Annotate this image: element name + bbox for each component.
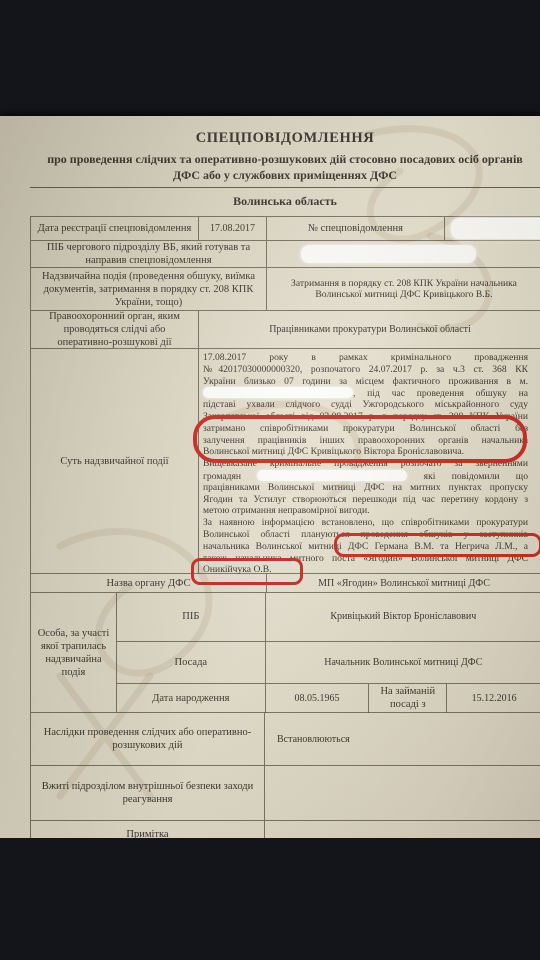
field-label-reg-date: Дата реєстрації спецповідомлення — [31, 217, 198, 240]
row-reg-date: Дата реєстрації спецповідомлення 17.08.2… — [31, 216, 540, 240]
field-value-birth-date: 08.05.1965 — [265, 684, 369, 713]
field-label-position: Посада — [117, 642, 265, 683]
paragraph-line: начальника Волинської митниці ДФС Герман… — [203, 541, 528, 553]
field-label-duty-officer: ПІБ чергового підрозділу ВБ, який готува… — [31, 241, 266, 267]
redaction-box — [451, 218, 540, 239]
row-essence: Суть надзвичайної події 17.08.2017 року … — [31, 348, 540, 573]
bottom-black-bar — [0, 838, 540, 960]
field-value-note — [264, 821, 540, 838]
row-person-position: Посада Начальник Волинської митниці ДФС — [117, 641, 540, 683]
field-value-spec-number — [444, 217, 540, 240]
row-note: Примітка — [31, 820, 540, 838]
paragraph-line: підставі ухвали слідчого судді Ужгородсь… — [203, 399, 528, 411]
field-value-event: Затримання в порядку ст. 208 КПК України… — [266, 268, 540, 310]
paragraph-line: 17.08.2017 року в рамках кримінального п… — [203, 352, 528, 364]
field-label-person: Особа, за участі якої трапилась надзвича… — [31, 593, 116, 712]
field-label-law-enforcement: Правоохоронний орган, яким проводяться с… — [31, 311, 198, 348]
paragraph-line: Волинської області плануються проведення… — [203, 529, 528, 541]
paragraph-line: метою отримання неправомірної вигоди. — [203, 505, 528, 517]
paragraph-line: працівниками Волинської митниці ДФС на м… — [203, 482, 528, 494]
field-value-law-enforcement: Працівниками прокуратури Волинської обла… — [198, 311, 540, 348]
field-value-position: Начальник Волинської митниці ДФС — [265, 642, 540, 683]
paragraph-line: Ягодин та Устилуг створюються перешкоди … — [203, 494, 528, 506]
field-label-dfs-unit: Назва органу ДФС — [31, 574, 266, 592]
field-value-duty-officer — [266, 241, 540, 267]
paragraph-line: Волинської митниці ДФС Кривіцького Вікто… — [203, 446, 528, 458]
field-label-birth-date: Дата народження — [117, 684, 265, 713]
field-label-measures: Вжиті підрозділом внутрішньої безпеки за… — [31, 766, 264, 820]
document-header: СПЕЦПОВІДОМЛЕННЯ про проведення слідчих … — [30, 116, 540, 183]
field-label-spec-number: № спецповідомлення — [266, 217, 444, 240]
paragraph-line: Вищевказане кримінальне провадження розп… — [203, 458, 528, 470]
document-table: Дата реєстрації спецповідомлення 17.08.2… — [30, 216, 540, 838]
paragraph-line: залучення працівників інших правоохоронн… — [203, 435, 528, 447]
top-black-bar — [0, 0, 540, 116]
field-value-pib: Кривіцький Віктор Броніславович — [265, 593, 540, 641]
row-measures: Вжиті підрозділом внутрішньої безпеки за… — [31, 765, 540, 820]
document-photo: СПЕЦПОВІДОМЛЕННЯ про проведення слідчих … — [0, 116, 540, 838]
paragraph-line: затримано співробітниками прокуратури Во… — [203, 423, 528, 435]
row-person-pib: ПІБ Кривіцький Віктор Броніславович — [117, 593, 540, 641]
document-subtitle: про проведення слідчих та оперативно-роз… — [30, 151, 540, 183]
field-value-consequences: Встановлюються — [264, 713, 540, 765]
paragraph-line: також начальника митного поста «Ягодин» … — [203, 553, 528, 565]
row-consequences: Наслідки проведення слідчих або оператив… — [31, 712, 540, 765]
field-label-essence: Суть надзвичайної події — [31, 349, 198, 573]
paragraph-line: , під час проведення обшуку на — [203, 387, 528, 399]
incident-paragraph: 17.08.2017 року в рамках кримінального п… — [198, 349, 540, 573]
paragraph-line: За наявною інформацією встановлено, що с… — [203, 517, 528, 529]
field-value-tenure: 15.12.2016 — [446, 684, 540, 713]
person-subtable: ПІБ Кривіцький Віктор Броніславович Поса… — [116, 593, 540, 712]
paragraph-line: громадян які повідомили що — [203, 470, 528, 482]
field-value-reg-date: 17.08.2017 — [198, 217, 266, 240]
paragraph-line: №42017030000000320, розпочатого 24.07.20… — [203, 364, 528, 376]
field-label-tenure: На займаній посаді з — [368, 684, 446, 713]
row-law-enforcement: Правоохоронний орган, яким проводяться с… — [31, 310, 540, 348]
paragraph-line: України близько 07 години за місцем факт… — [203, 376, 528, 388]
region-title: Волинська область — [30, 194, 540, 209]
paragraph-line: Закарпатської області від 03.08.2017 р. … — [203, 411, 528, 423]
redaction-box — [301, 245, 476, 263]
field-value-dfs-unit: МП «Ягодин» Волинської митниці ДФС — [266, 574, 540, 592]
field-value-measures — [264, 766, 540, 820]
field-label-pib: ПІБ — [117, 593, 265, 641]
redaction-blob — [257, 470, 407, 481]
header-rule — [30, 187, 540, 188]
row-person-birth: Дата народження 08.05.1965 На займаній п… — [117, 683, 540, 713]
redaction-blob — [203, 387, 353, 398]
document-title: СПЕЦПОВІДОМЛЕННЯ — [30, 130, 540, 147]
phone-screenshot: СПЕЦПОВІДОМЛЕННЯ про проведення слідчих … — [0, 0, 540, 960]
row-duty-officer: ПІБ чергового підрозділу ВБ, який готува… — [31, 240, 540, 267]
row-event: Надзвичайна подія (проведення обшуку, ви… — [31, 267, 540, 310]
field-label-note: Примітка — [31, 821, 264, 838]
field-label-consequences: Наслідки проведення слідчих або оператив… — [31, 713, 264, 765]
row-person: Особа, за участі якої трапилась надзвича… — [31, 592, 540, 712]
row-dfs-unit: Назва органу ДФС МП «Ягодин» Волинської … — [31, 573, 540, 592]
field-label-event: Надзвичайна подія (проведення обшуку, ви… — [31, 268, 266, 310]
